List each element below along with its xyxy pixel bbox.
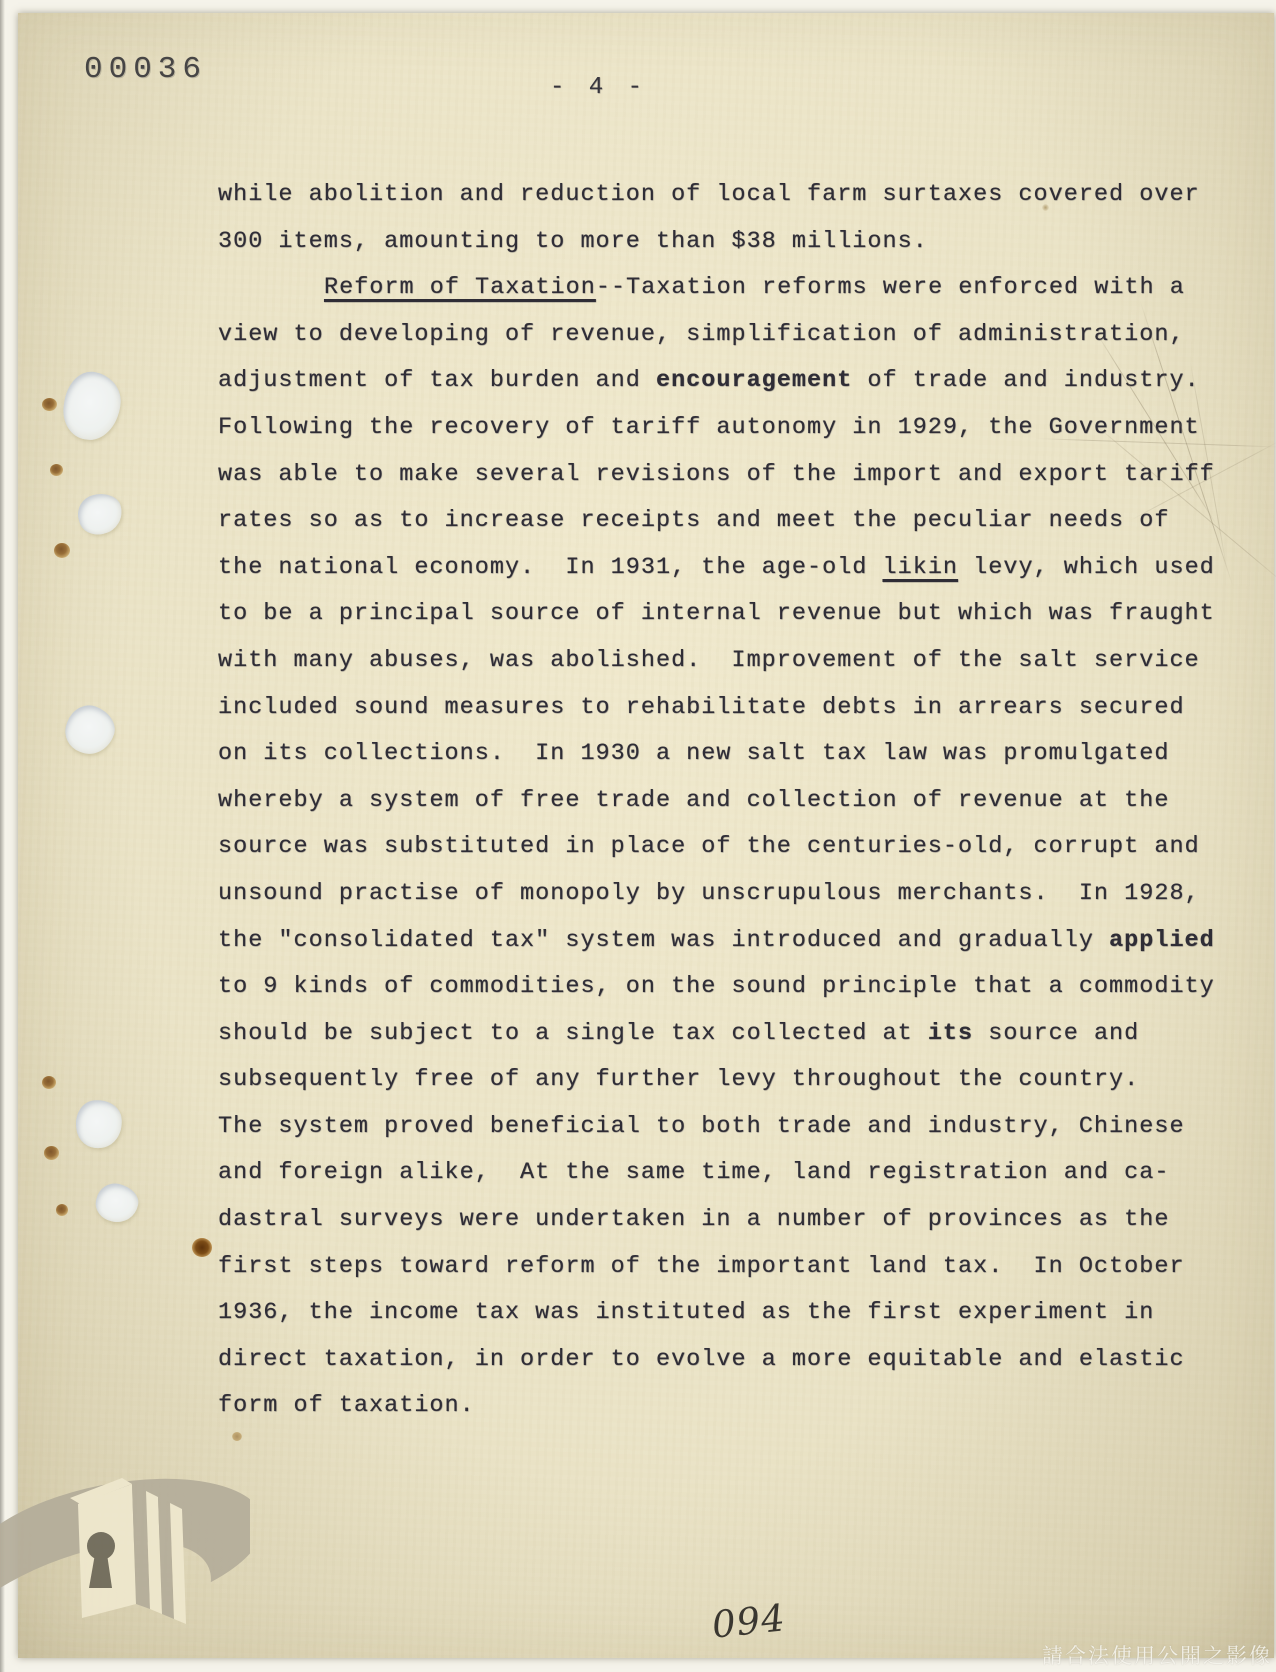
typed-line: was able to make several revisions of th… [218,452,1238,499]
copyright-watermark: 請合法使用公開之影像 [1042,1640,1272,1670]
fox-spot [1042,204,1049,211]
archives-book-keyhole-icon [0,1462,250,1640]
typed-line: should be subject to a single tax collec… [218,1011,1238,1058]
fox-spot [192,1238,212,1257]
rust-spot [44,1146,59,1160]
rust-spot [42,398,57,411]
typed-line: source was substituted in place of the c… [218,824,1238,871]
typed-line: dastral surveys were undertaken in a num… [218,1197,1238,1244]
rust-spot [56,1204,68,1216]
underlined-term: Reform of Taxation [324,274,596,301]
rust-spot [54,543,70,558]
underlined-term: likin [883,554,959,581]
typed-line: subsequently free of any further levy th… [218,1057,1238,1104]
typed-line: rates so as to increase receipts and mee… [218,498,1238,545]
typed-line: adjustment of tax burden and encourageme… [218,358,1238,405]
archive-stamp-number: 00036 [84,52,207,87]
typed-line: the "consolidated tax" system was introd… [218,918,1238,965]
typed-line: with many abuses, was abolished. Improve… [218,638,1238,685]
fox-spot [232,1432,242,1441]
typed-line: included sound measures to rehabilitate … [218,685,1238,732]
typed-line: and foreign alike, At the same time, lan… [218,1150,1238,1197]
typed-line: view to developing of revenue, simplific… [218,312,1238,359]
page-number: - 4 - [550,74,647,101]
rust-spot [50,464,63,476]
typed-line: on its collections. In 1930 a new salt t… [218,731,1238,778]
typed-line: while abolition and reduction of local f… [218,172,1238,219]
typed-body: while abolition and reduction of local f… [218,172,1238,1430]
typed-line: Following the recovery of tariff autonom… [218,405,1238,452]
rust-spot [42,1076,56,1089]
scanned-document-page: 00036 - 4 - while abolition and reductio… [0,0,1276,1672]
typed-line: form of taxation. [218,1383,1238,1430]
typed-line: whereby a system of free trade and colle… [218,778,1238,825]
handwritten-folio-number: 094 [710,1596,788,1646]
typed-line: direct taxation, in order to evolve a mo… [218,1337,1238,1384]
typed-line: to be a principal source of internal rev… [218,591,1238,638]
typed-line: Reform of Taxation--Taxation reforms wer… [218,265,1238,312]
typed-line: 300 items, amounting to more than $38 mi… [218,219,1238,266]
typed-line: first steps toward reform of the importa… [218,1244,1238,1291]
typed-line: 1936, the income tax was instituted as t… [218,1290,1238,1337]
typed-line: the national economy. In 1931, the age-o… [218,545,1238,592]
typed-line: to 9 kinds of commodities, on the sound … [218,964,1238,1011]
typed-line: The system proved beneficial to both tra… [218,1104,1238,1151]
typed-line: unsound practise of monopoly by unscrupu… [218,871,1238,918]
